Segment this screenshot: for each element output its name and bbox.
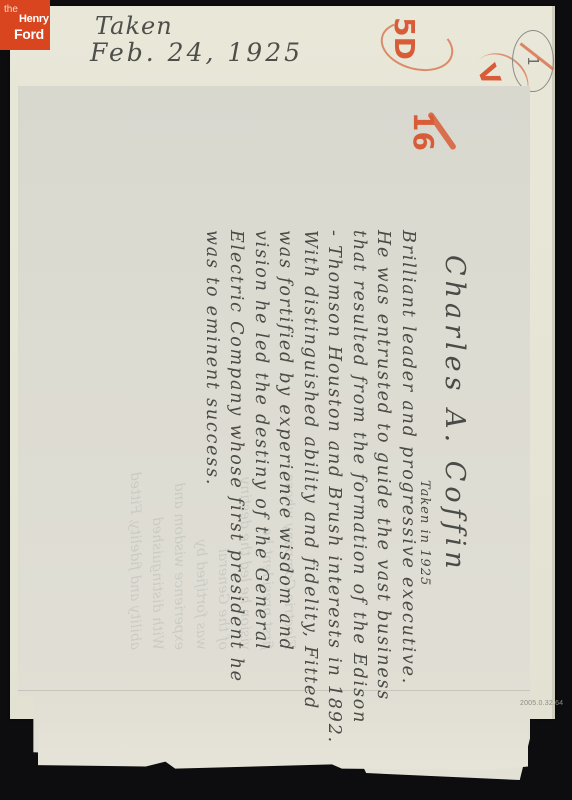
henry-ford-logo: the Henry Ford [0,0,50,50]
letter-line: was to eminent success. [200,230,225,700]
logo-ford: Ford [14,27,44,41]
letter-line: He was entrusted to guide the vast busin… [371,230,396,700]
sheet-lower-edge [38,700,528,770]
pencil-taken-label: Taken [95,12,173,40]
logo-the: the [4,5,18,15]
letter-line: Electric Company whose first president h… [224,230,249,700]
letter-line: was fortified by experience wisdom and [273,230,298,700]
letter-name-heading: Charles A. Coffin [439,255,470,574]
catalog-number: 2005.0.32.64 [520,700,563,707]
ghost-line: With distinguished ability and fidelity,… [124,470,168,650]
handwritten-letter: Charles A. Coffin Taken in 1925 Brillian… [439,230,470,574]
letter-line: With distinguished ability and fidelity,… [298,230,323,700]
letter-body: Brilliant leader and progressive executi… [200,230,421,700]
logo-henry: Henry [19,14,49,25]
letter-line: Brilliant leader and progressive executi… [396,230,421,700]
red-page-number: 16 [407,112,440,151]
letter-line: - Thomson Houston and Brush interests in… [322,230,347,700]
pencil-taken-date: Feb. 24, 1925 [90,38,303,67]
pencil-circled-number: 1 [512,30,554,92]
letter-line: vision he led the destiny of the General [249,230,274,700]
red-crayon-mark: 5D [388,17,421,60]
letter-line: that resulted from the formation of the … [347,230,372,700]
